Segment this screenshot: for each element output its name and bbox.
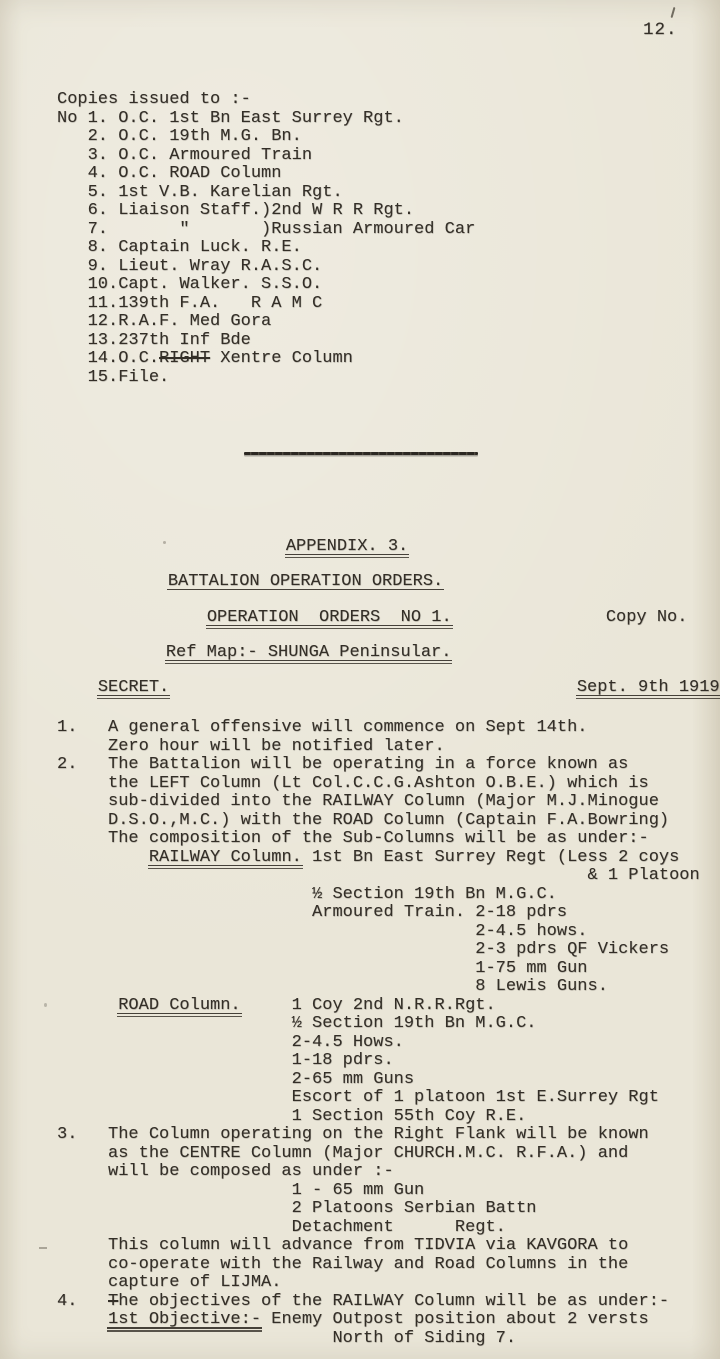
doc-text-segment: the LEFT Column (Lt Col.C.C.G.Ashton O.B… (57, 774, 649, 793)
doc-text-segment: will be composed as under :- (57, 1162, 394, 1181)
doc-line: 11.139th F.A. R A M C (57, 295, 475, 314)
doc-line: 2. The Battalion will be operating in a … (57, 756, 700, 775)
doc-line: 2-3 pdrs QF Vickers (57, 941, 700, 960)
doc-text-segment: 6. Liaison Staff.)2nd W R R Rgt. (57, 201, 414, 220)
doc-line: 2. O.C. 19th M.G. Bn. (57, 128, 475, 147)
doc-text-segment: RAILWAY Column. (149, 849, 302, 868)
doc-text-segment: 2-4.5 Hows. (57, 1033, 404, 1052)
doc-text-segment (57, 848, 149, 867)
doc-line: 4. O.C. ROAD Column (57, 165, 475, 184)
doc-text-segment: 3. The Column operating on the Right Fla… (57, 1125, 649, 1144)
doc-text-segment: 13.237th Inf Bde (57, 331, 251, 350)
battalion-orders-heading: BATTALION OPERATION ORDERS. (127, 554, 443, 573)
doc-text-segment: T (108, 1292, 118, 1311)
doc-text-segment: 9. Lieut. Wray R.A.S.C. (57, 257, 322, 276)
doc-line: 10.Capt. Walker. S.S.O. (57, 276, 475, 295)
section-divider-line (244, 452, 478, 455)
doc-text-segment: 1 - 65 mm Gun (57, 1181, 424, 1200)
doc-line: 5. 1st V.B. Karelian Rgt. (57, 184, 475, 203)
doc-line: Armoured Train. 2-18 pdrs (57, 904, 700, 923)
doc-line: 2-65 mm Guns (57, 1071, 700, 1090)
doc-text-segment (57, 996, 118, 1015)
doc-line: as the CENTRE Column (Major CHURCH.M.C. … (57, 1145, 700, 1164)
battalion-orders-heading-text: BATTALION OPERATION ORDERS. (168, 573, 443, 592)
doc-line: No 1. O.C. 1st Bn East Surrey Rgt. (57, 110, 475, 129)
doc-text-segment: Zero hour will be notified later. (57, 737, 445, 756)
doc-text-segment: Enemy Outpost position about 2 versts (261, 1310, 649, 1329)
secret-classification: SECRET. (57, 660, 169, 679)
doc-line: 7. " )Russian Armoured Car (57, 221, 475, 240)
doc-text-segment: 2-65 mm Guns (57, 1070, 414, 1089)
doc-line: 1. A general offensive will commence on … (57, 719, 700, 738)
stray-ink-dot (44, 1003, 47, 1007)
doc-line: North of Siding 7. (57, 1330, 700, 1349)
doc-text-segment: 14.O.C. (57, 349, 159, 368)
doc-text-segment: 1st Bn East Surrey Regt (Less 2 coys (302, 848, 679, 867)
doc-text-segment: 2 Platoons Serbian Battn (57, 1199, 536, 1218)
document-date-text: Sept. 9th 1919. (577, 679, 720, 698)
doc-text-segment: 11.139th F.A. R A M C (57, 294, 322, 313)
doc-line: RAILWAY Column. 1st Bn East Surrey Regt … (57, 849, 700, 868)
doc-line: 1st Objective:- Enemy Outpost position a… (57, 1311, 700, 1330)
doc-line: 13.237th Inf Bde (57, 332, 475, 351)
doc-text-segment (57, 1310, 108, 1329)
doc-text-segment: 2-4.5 hows. (57, 922, 588, 941)
doc-line: D.S.O.,M.C.) with the ROAD Column (Capta… (57, 812, 700, 831)
stray-ink-dash (39, 1247, 47, 1249)
doc-text-segment: 1 Coy 2nd N.R.R.Rgt. (241, 996, 496, 1015)
doc-text-segment: 8 Lewis Guns. (57, 977, 608, 996)
doc-line: 8. Captain Luck. R.E. (57, 239, 475, 258)
doc-text-segment: co-operate with the Railway and Road Col… (57, 1255, 628, 1274)
doc-line: capture of LIJMA. (57, 1274, 700, 1293)
doc-text-segment: The composition of the Sub-Columns will … (57, 829, 649, 848)
page-number: 12. (643, 20, 678, 40)
doc-line: 4. The objectives of the RAILWAY Column … (57, 1293, 700, 1312)
doc-text-segment: Escort of 1 platoon 1st E.Surrey Rgt (57, 1088, 659, 1107)
doc-line: will be composed as under :- (57, 1163, 700, 1182)
doc-line: sub-divided into the RAILWAY Column (Maj… (57, 793, 700, 812)
doc-text-segment: 10.Capt. Walker. S.S.O. (57, 275, 322, 294)
typewritten-document-page: 12. Copies issued to :-No 1. O.C. 1st Bn… (0, 0, 720, 1359)
doc-text-segment: 4. O.C. ROAD Column (57, 164, 281, 183)
doc-text-segment: 12.R.A.F. Med Gora (57, 312, 271, 331)
ref-map-heading: Ref Map:- SHUNGA Peninsular. (125, 625, 451, 644)
doc-text-segment: Xentre Column (210, 349, 353, 368)
doc-text-segment: 1st Objective:- (108, 1311, 261, 1330)
doc-text-segment: Copies issued to :- (57, 90, 251, 109)
doc-line: 2-4.5 hows. (57, 923, 700, 942)
stray-ink-tick (671, 7, 676, 18)
copy-number-text: Copy No. (606, 608, 688, 627)
doc-line: 1 Section 55th Coy R.E. (57, 1108, 700, 1127)
ref-map-heading-text: Ref Map:- SHUNGA Peninsular. (166, 644, 452, 663)
doc-line: Zero hour will be notified later. (57, 738, 700, 757)
doc-line: 8 Lewis Guns. (57, 978, 700, 997)
doc-text-segment: 2. The Battalion will be operating in a … (57, 755, 628, 774)
doc-text-segment: sub-divided into the RAILWAY Column (Maj… (57, 792, 659, 811)
doc-text-segment: he objectives of the RAILWAY Column will… (118, 1292, 669, 1311)
secret-classification-text: SECRET. (98, 679, 169, 698)
doc-text-segment: 8. Captain Luck. R.E. (57, 238, 302, 257)
doc-line: This column will advance from TIDVIA via… (57, 1237, 700, 1256)
doc-line: Detachment Regt. (57, 1219, 700, 1238)
doc-text-segment: 2-3 pdrs QF Vickers (57, 940, 669, 959)
doc-text-segment: ROAD Column. (118, 997, 240, 1016)
doc-text-segment: as the CENTRE Column (Major CHURCH.M.C. … (57, 1144, 628, 1163)
appendix-heading: APPENDIX. 3. (245, 519, 408, 538)
doc-line: co-operate with the Railway and Road Col… (57, 1256, 700, 1275)
doc-line: ½ Section 19th Bn M.G.C. (57, 886, 700, 905)
operation-orders-body: 1. A general offensive will commence on … (57, 719, 700, 1348)
doc-line: 2 Platoons Serbian Battn (57, 1200, 700, 1219)
doc-line: 2-4.5 Hows. (57, 1034, 700, 1053)
doc-text-segment: 1-75 mm Gun (57, 959, 588, 978)
doc-text-segment: 4. (57, 1292, 108, 1311)
doc-text-segment: Armoured Train. 2-18 pdrs (57, 903, 567, 922)
doc-text-segment: Detachment Regt. (57, 1218, 506, 1237)
doc-line: 3. The Column operating on the Right Fla… (57, 1126, 700, 1145)
copies-distribution-list: Copies issued to :-No 1. O.C. 1st Bn Eas… (57, 91, 475, 387)
doc-text-segment: 5. 1st V.B. Karelian Rgt. (57, 183, 343, 202)
doc-text-segment: 3. O.C. Armoured Train (57, 146, 312, 165)
doc-line: 1-75 mm Gun (57, 960, 700, 979)
doc-line: 12.R.A.F. Med Gora (57, 313, 475, 332)
doc-text-segment: 1 Section 55th Coy R.E. (57, 1107, 526, 1126)
doc-line: 14.O.C.RIGHT Xentre Column (57, 350, 475, 369)
operation-orders-heading: OPERATION ORDERS NO 1. (166, 590, 452, 609)
copy-number-label: Copy No. (565, 590, 687, 609)
doc-line: & 1 Platoon (57, 867, 700, 886)
doc-line: 15.File. (57, 369, 475, 388)
doc-line: 9. Lieut. Wray R.A.S.C. (57, 258, 475, 277)
doc-line: The composition of the Sub-Columns will … (57, 830, 700, 849)
doc-line: the LEFT Column (Lt Col.C.C.G.Ashton O.B… (57, 775, 700, 794)
doc-line: 6. Liaison Staff.)2nd W R R Rgt. (57, 202, 475, 221)
doc-text-segment: No 1. O.C. 1st Bn East Surrey Rgt. (57, 109, 404, 128)
doc-text-segment: 2. O.C. 19th M.G. Bn. (57, 127, 302, 146)
doc-text-segment: 1-18 pdrs. (57, 1051, 394, 1070)
doc-line: Copies issued to :- (57, 91, 475, 110)
doc-line: 1 - 65 mm Gun (57, 1182, 700, 1201)
doc-line: 1-18 pdrs. (57, 1052, 700, 1071)
stray-ink-dot (163, 541, 166, 544)
doc-text-segment: 7. " )Russian Armoured Car (57, 220, 475, 239)
document-date: Sept. 9th 1919. (536, 660, 720, 679)
doc-text-segment: This column will advance from TIDVIA via… (57, 1236, 628, 1255)
doc-line: ½ Section 19th Bn M.G.C. (57, 1015, 700, 1034)
doc-text-segment: 15.File. (57, 368, 169, 387)
doc-line: 3. O.C. Armoured Train (57, 147, 475, 166)
doc-text-segment: ½ Section 19th Bn M.G.C. (57, 885, 557, 904)
doc-text-segment: capture of LIJMA. (57, 1273, 281, 1292)
doc-text-segment: D.S.O.,M.C.) with the ROAD Column (Capta… (57, 811, 669, 830)
doc-text-segment: 1. A general offensive will commence on … (57, 718, 588, 737)
doc-text-segment: RIGHT (159, 349, 210, 368)
doc-line: Escort of 1 platoon 1st E.Surrey Rgt (57, 1089, 700, 1108)
doc-line: ROAD Column. 1 Coy 2nd N.R.R.Rgt. (57, 997, 700, 1016)
